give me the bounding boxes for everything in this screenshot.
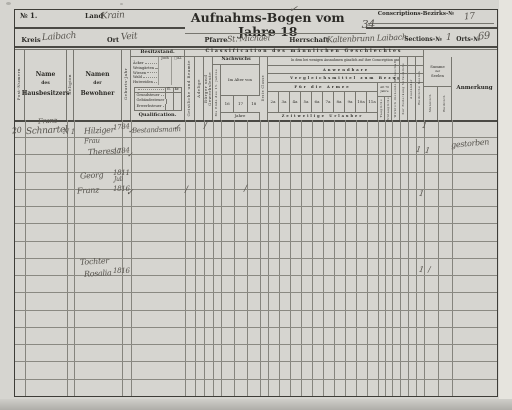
summe-col-maennlich-label: Männlich bbox=[429, 94, 432, 112]
bewohner-l1: Namen bbox=[86, 72, 110, 78]
col-class-rot1-label: Geistliche und Beamte bbox=[187, 60, 191, 116]
armee-cell: 8a bbox=[334, 92, 345, 112]
armee-cell: 7a bbox=[323, 92, 334, 112]
col-class-rot3-label: Bürger und Gewerbsleute bbox=[204, 57, 212, 120]
pfarre-label: Pfarre bbox=[204, 35, 228, 45]
col-hausbesitzer: Name des Hausbesitzers bbox=[25, 49, 67, 120]
armee-cell: 5a bbox=[301, 92, 312, 112]
armee-cell: 6a bbox=[312, 92, 323, 112]
armee-cell: 11a bbox=[367, 92, 377, 112]
col-tail2-label: Zur Bedeckung Verwendete bbox=[402, 63, 405, 115]
bewohner-l2: der bbox=[93, 82, 101, 87]
nachwuchs-rot-label: Bis Ende des 15. Jahres bbox=[215, 69, 218, 117]
year-16: 16 bbox=[221, 96, 234, 112]
hausbesitzer-l1: Name bbox=[36, 72, 56, 78]
steuer-row-label: Grundsteuer bbox=[137, 94, 160, 98]
hw-mark-4b: ∕ bbox=[185, 185, 188, 195]
summe-col-weiblich: Weiblich bbox=[438, 87, 452, 120]
col-religion: Religion bbox=[67, 49, 74, 120]
col-erste-classe: Erste Classe bbox=[260, 57, 268, 120]
col-geburtsjahr-label: Geburts-Jahr bbox=[124, 68, 128, 100]
sections-label: Sections-№ bbox=[402, 35, 444, 45]
grid-hline bbox=[15, 206, 497, 207]
armee-cell: 3a bbox=[279, 92, 290, 112]
nachwuchs-years: 16 17 18 bbox=[221, 96, 260, 112]
grid-hline bbox=[15, 361, 497, 362]
form-title: Aufnahms-Bogen vom Jahre 18 34 bbox=[175, 17, 375, 32]
steuer-box: fl. kr. Grundsteuer Gebäudesteuer Erwerb… bbox=[134, 87, 182, 111]
hw-year-3b: Juli bbox=[114, 176, 123, 183]
grid-hline bbox=[15, 241, 497, 242]
paper-speck bbox=[6, 2, 11, 5]
col-class-rot2-label: Adelige bbox=[197, 79, 201, 98]
fl-header: fl. bbox=[165, 88, 173, 92]
steuer-row-label: Gebäudesteuer bbox=[137, 99, 165, 103]
bewohner-l3: Bewohner bbox=[81, 91, 115, 97]
armee-bottom: Zeitweilige Urlauber bbox=[268, 112, 378, 120]
hw-sum-5b: ∕ bbox=[428, 265, 430, 274]
col-tail3: Ausländer bbox=[408, 57, 416, 120]
col-class-rot3: Bürger und Gewerbsleute bbox=[204, 57, 213, 120]
rule-under-title bbox=[185, 33, 366, 34]
conscription-label: Conscriptions-Bezirks-№ bbox=[370, 10, 462, 20]
page-edge-bottom bbox=[0, 399, 512, 410]
besitz-row: Hutweiden bbox=[131, 80, 184, 85]
hw-mark-2a: ✓ bbox=[127, 151, 133, 159]
erste-classe-label: Erste Classe bbox=[262, 75, 265, 101]
grid-hline bbox=[15, 344, 497, 345]
col-class-rot1: Geistliche und Beamte bbox=[185, 57, 195, 120]
steuer-row: Erwerbsteuer bbox=[135, 104, 181, 110]
herrschaft-label: Herrschaft bbox=[290, 35, 328, 45]
armee-cell: 2a bbox=[268, 92, 279, 112]
rule-band-bottom-1 bbox=[15, 46, 497, 48]
hw-bewohner-3: Georg bbox=[80, 170, 104, 180]
hw-year-5: 1816 bbox=[113, 267, 130, 275]
col-tail1-label: Wirklich dienende Mannschaft bbox=[394, 60, 397, 118]
hw-title-year: 34 bbox=[362, 19, 375, 31]
hw-orts: 69 bbox=[478, 30, 491, 42]
col-geburtsjahr: Geburts-Jahr bbox=[122, 49, 131, 120]
hw-mark-4a: ✓ bbox=[126, 188, 133, 198]
summe-col-maennlich: Männlich bbox=[424, 87, 438, 120]
ort-label: Ort bbox=[105, 35, 121, 45]
rule-conscription bbox=[368, 23, 494, 24]
scanned-form-page: № 1. Land Conscriptions-Bezirks-№ Aufnah… bbox=[0, 0, 512, 410]
year-17: 17 bbox=[234, 96, 247, 112]
hw-post-no: 20 bbox=[12, 126, 22, 136]
col-besitzstand: Besitzstand. Joch □Kl. Äcker Weingärten … bbox=[131, 49, 185, 120]
besitz-row-label: Hutweiden bbox=[133, 81, 153, 85]
hw-bewohner-5a: Tochter bbox=[80, 256, 109, 266]
rule-top-right bbox=[366, 27, 497, 29]
hw-ort: Veit bbox=[121, 31, 138, 42]
hw-pfarre: St. Michael bbox=[227, 33, 270, 43]
nachwuchs-title: Nachwuchs bbox=[213, 57, 260, 65]
hw-owner-first: Franz bbox=[38, 116, 58, 125]
hw-owner-houseno: N 1 bbox=[63, 128, 75, 136]
hw-bewohner-1: Hilziger bbox=[84, 125, 115, 136]
hw-bewohner-5b: Rosalia bbox=[84, 268, 112, 278]
classification-title: Classification des männlichen Geschlecht… bbox=[185, 49, 424, 57]
armee-cells: 2a 3a 4a 5a 6a 7a 8a 9a 10a 11a bbox=[268, 92, 378, 112]
col-bewohner: Namen der Bewohner bbox=[74, 49, 122, 120]
hausbesitzer-l2: des bbox=[41, 82, 50, 87]
hw-land: Krain bbox=[101, 10, 125, 21]
armee-cell: 4a bbox=[290, 92, 301, 112]
armee-line4: Für die Armee bbox=[268, 83, 378, 92]
armee-cell: 10a bbox=[356, 92, 367, 112]
hw-sections: 1 bbox=[446, 33, 451, 43]
steuer-row-label: Erwerbsteuer bbox=[137, 105, 162, 109]
grid-hline bbox=[15, 223, 497, 224]
alt70-col1: Taugliche bbox=[378, 97, 385, 120]
hw-bewohner-4: Franz bbox=[77, 185, 99, 195]
kr-header: kr. bbox=[173, 88, 181, 92]
hausbesitzer-l3: Hausbesitzers bbox=[22, 91, 70, 97]
hw-mark-1c: ∕ bbox=[204, 121, 207, 131]
form-number-label: № 1. bbox=[20, 11, 54, 21]
grid-hline bbox=[15, 292, 497, 293]
col-tail1: Wirklich dienende Mannschaft bbox=[392, 57, 400, 120]
year-18: 18 bbox=[248, 96, 260, 112]
alt70-header: Alt 70 Jahre bbox=[378, 83, 392, 97]
grid-hline bbox=[15, 379, 497, 380]
armee-cell: 9a bbox=[345, 92, 356, 112]
nachwuchs-unit: Jahre bbox=[221, 112, 260, 120]
summe-title: Summe der Seelen bbox=[424, 57, 452, 87]
nachwuchs-rot-col: Bis Ende des 15. Jahres bbox=[213, 65, 221, 120]
hw-mark-1b: ✓ bbox=[173, 123, 180, 133]
col-tail2: Zur Bedeckung Verwendete bbox=[400, 57, 408, 120]
hw-conscription-no: 17 bbox=[464, 12, 476, 23]
col-tail4: Weibliche Seelen bbox=[416, 57, 424, 120]
alt70-col2-label: Untaugliche bbox=[387, 97, 390, 120]
col-religion-label: Religion bbox=[68, 74, 72, 95]
col-tail4-label: Weibliche Seelen bbox=[418, 71, 421, 105]
col-tail3-label: Ausländer bbox=[410, 79, 413, 99]
summe-l3: Seelen bbox=[431, 74, 444, 78]
nachwuchs-mid: Im Alter von bbox=[221, 65, 260, 96]
col-anmerkung: Anmerkung bbox=[452, 57, 497, 120]
rule-top-left bbox=[15, 27, 185, 29]
paper-speck bbox=[120, 3, 123, 5]
alt70-col2: Untaugliche bbox=[385, 97, 392, 120]
hw-mark-4c: ∕ bbox=[244, 184, 247, 194]
qualification-label: Qualification. bbox=[131, 111, 184, 120]
alt70-col1-label: Taugliche bbox=[380, 99, 383, 117]
hw-bewohner-2a: Frau bbox=[84, 137, 100, 146]
grid-hline bbox=[15, 327, 497, 328]
page-edge-right bbox=[499, 0, 512, 410]
summe-col-weiblich-label: Weiblich bbox=[443, 95, 446, 112]
col-post-number: Post-Numern bbox=[15, 49, 25, 120]
grid-hline bbox=[15, 310, 497, 311]
kreis-label: Kreis bbox=[20, 35, 42, 45]
